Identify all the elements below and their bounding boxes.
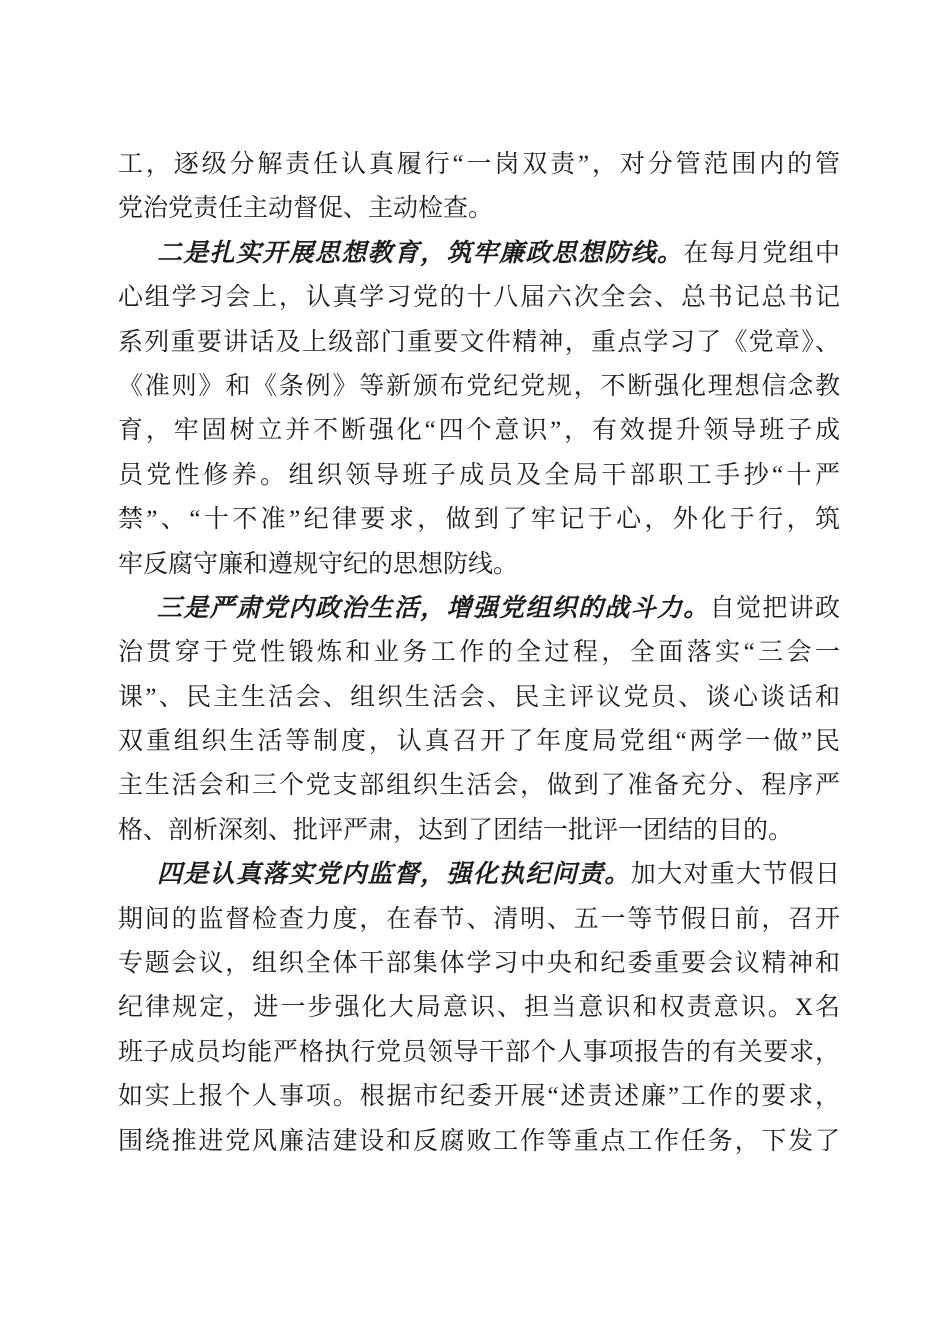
text-line: 双重组织生活等制度，认真召开了年度局党组“两学一做”民 [118, 720, 840, 764]
text-line: 禁”、“十不准”纪律要求，做到了牢记于心，外化于行，筑 [118, 498, 840, 542]
text-line: 围绕推进党风廉洁建设和反腐败工作等重点工作任务，下发了 [118, 1120, 840, 1164]
text-line: 纪律规定，进一步强化大局意识、担当意识和权责意识。X名 [118, 986, 840, 1030]
text-line: 二是扎实开展思想教育，筑牢廉政思想防线。在每月党组中 [118, 232, 840, 276]
text-line: 课”、民主生活会、组织生活会、民主评议党员、谈心谈话和 [118, 676, 840, 720]
paragraph-lead-text: 三是严肃党内政治生活，增强党组织的战斗力。 [157, 595, 710, 622]
text-line: 党治党责任主动督促、主动检查。 [118, 187, 840, 231]
paragraph-body-text: 员党性修养。组织领导班子成员及全局干部职工手抄“十严 [118, 462, 840, 489]
text-line: 《准则》和《条例》等新颁布党纪党规，不断强化理想信念教 [118, 365, 840, 409]
text-line: 格、剖析深刻、批评严肃，达到了团结一批评一团结的目的。 [118, 809, 840, 853]
paragraph-body-text: 格、剖析深刻、批评严肃，达到了团结一批评一团结的目的。 [118, 817, 793, 844]
paragraph-body-text: 如实上报个人事项。根据市纪委开展“述责述廉”工作的要求， [118, 1083, 840, 1110]
text-line: 班子成员均能严格执行党员领导干部个人事项报告的有关要求， [118, 1031, 840, 1075]
text-line: 心组学习会上，认真学习党的十八届六次全会、总书记总书记 [118, 276, 840, 320]
text-line: 系列重要讲话及上级部门重要文件精神，重点学习了《党章》、 [118, 321, 840, 365]
paragraph-body-text: 加大对重大节假日 [631, 861, 840, 888]
text-line: 工，逐级分解责任认真履行“一岗双责”，对分管范围内的管 [118, 143, 840, 187]
paragraph-body-text: 牢反腐守廉和遵规守纪的思想防线。 [118, 551, 518, 578]
paragraph-body-text: 党治党责任主动督促、主动检查。 [118, 195, 493, 222]
paragraph-lead-text: 二是扎实开展思想教育，筑牢廉政思想防线。 [157, 240, 683, 267]
text-line: 三是严肃党内政治生活，增强党组织的战斗力。自觉把讲政 [118, 587, 840, 631]
text-line: 牢反腐守廉和遵规守纪的思想防线。 [118, 543, 840, 587]
paragraph-body-text: 期间的监督检查力度，在春节、清明、五一等节假日前，召开 [118, 906, 840, 933]
paragraph-body-text: 班子成员均能严格执行党员领导干部个人事项报告的有关要求， [118, 1039, 840, 1066]
text-line: 员党性修养。组织领导班子成员及全局干部职工手抄“十严 [118, 454, 840, 498]
text-line: 专题会议，组织全体干部集体学习中央和纪委重要会议精神和 [118, 942, 840, 986]
document-page: 工，逐级分解责任认真履行“一岗双责”，对分管范围内的管党治党责任主动督促、主动检… [0, 0, 950, 1344]
text-line: 育，牢固树立并不断强化“四个意识”，有效提升领导班子成 [118, 409, 840, 453]
paragraph-body-text: 《准则》和《条例》等新颁布党纪党规，不断强化理想信念教 [118, 373, 840, 400]
paragraph-body-text: 禁”、“十不准”纪律要求，做到了牢记于心，外化于行，筑 [118, 506, 840, 533]
paragraph-body-text: 双重组织生活等制度，认真召开了年度局党组“两学一做”民 [118, 728, 840, 755]
paragraph-body-text: 工，逐级分解责任认真履行“一岗双责”，对分管范围内的管 [118, 151, 840, 178]
paragraph-body-text: 围绕推进党风廉洁建设和反腐败工作等重点工作任务，下发了 [118, 1128, 840, 1155]
text-line: 治贯穿于党性锻炼和业务工作的全过程，全面落实“三会一 [118, 631, 840, 675]
text-line: 四是认真落实党内监督，强化执纪问责。加大对重大节假日 [118, 853, 840, 897]
paragraph-body-text: 自觉把讲政 [710, 595, 840, 622]
paragraph-lead-text: 四是认真落实党内监督，强化执纪问责。 [157, 861, 631, 888]
paragraph-body-text: 专题会议，组织全体干部集体学习中央和纪委重要会议精神和 [118, 950, 840, 977]
paragraph-body-text: 纪律规定，进一步强化大局意识、担当意识和权责意识。X名 [118, 994, 840, 1021]
paragraph-body-text: 在每月党组中 [683, 240, 840, 267]
document-text-block: 工，逐级分解责任认真履行“一岗双责”，对分管范围内的管党治党责任主动督促、主动检… [118, 143, 840, 1164]
paragraph-body-text: 主生活会和三个党支部组织生活会，做到了准备充分、程序严 [118, 772, 840, 799]
text-line: 期间的监督检查力度，在春节、清明、五一等节假日前，召开 [118, 898, 840, 942]
paragraph-body-text: 系列重要讲话及上级部门重要文件精神，重点学习了《党章》、 [118, 329, 840, 356]
text-line: 如实上报个人事项。根据市纪委开展“述责述廉”工作的要求， [118, 1075, 840, 1119]
text-line: 主生活会和三个党支部组织生活会，做到了准备充分、程序严 [118, 764, 840, 808]
paragraph-body-text: 育，牢固树立并不断强化“四个意识”，有效提升领导班子成 [118, 417, 840, 444]
paragraph-body-text: 治贯穿于党性锻炼和业务工作的全过程，全面落实“三会一 [118, 639, 840, 666]
paragraph-body-text: 心组学习会上，认真学习党的十八届六次全会、总书记总书记 [118, 284, 840, 311]
paragraph-body-text: 课”、民主生活会、组织生活会、民主评议党员、谈心谈话和 [118, 684, 840, 711]
